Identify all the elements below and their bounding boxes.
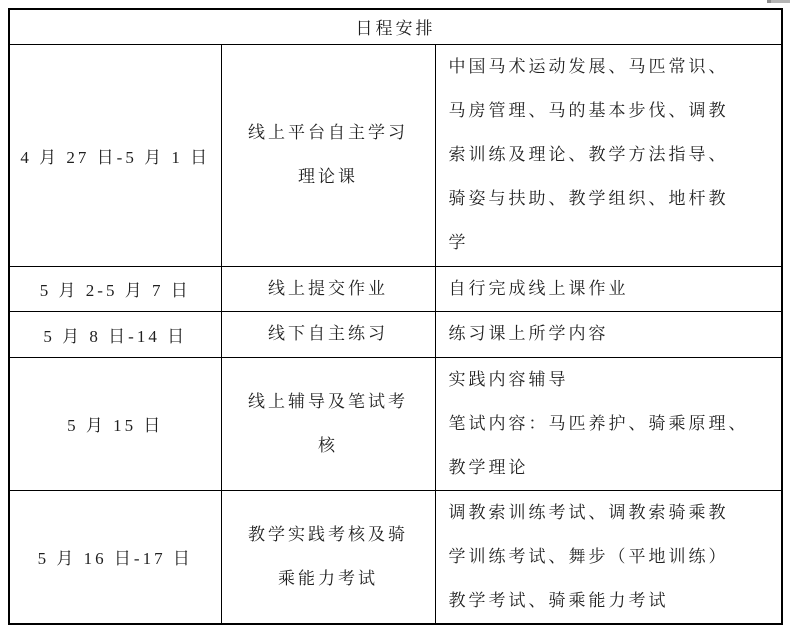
table-row: 5 月 15 日 线上辅导及笔试考 核 实践内容辅导 笔试内容：马匹养护、骑乘原… (9, 357, 782, 490)
activity-cell: 线上平台自主学习 理论课 (221, 44, 435, 266)
content-cell: 练习课上所学内容 (435, 311, 782, 357)
table-row: 4 月 27 日-5 月 1 日 线上平台自主学习 理论课 中国马术运动发展、马… (9, 44, 782, 266)
table-row: 5 月 2-5 月 7 日 线上提交作业 自行完成线上课作业 (9, 266, 782, 311)
date-cell: 4 月 27 日-5 月 1 日 (9, 44, 221, 266)
date-cell: 5 月 16 日-17 日 (9, 490, 221, 624)
schedule-table: 日程安排 4 月 27 日-5 月 1 日 线上平台自主学习 理论课 中国马术运… (8, 8, 783, 625)
activity-cell: 教学实践考核及骑 乘能力考试 (221, 490, 435, 624)
activity-cell: 线上提交作业 (221, 266, 435, 311)
document-page: 日程安排 4 月 27 日-5 月 1 日 线上平台自主学习 理论课 中国马术运… (0, 0, 790, 630)
date-cell: 5 月 8 日-14 日 (9, 311, 221, 357)
date-cell: 5 月 15 日 (9, 357, 221, 490)
table-title-row: 日程安排 (9, 9, 782, 44)
content-cell: 调教索训练考试、调教索骑乘教 学训练考试、舞步（平地训练） 教学考试、骑乘能力考… (435, 490, 782, 624)
table-row: 5 月 8 日-14 日 线下自主练习 练习课上所学内容 (9, 311, 782, 357)
content-cell: 自行完成线上课作业 (435, 266, 782, 311)
activity-cell: 线上辅导及笔试考 核 (221, 357, 435, 490)
date-cell: 5 月 2-5 月 7 日 (9, 266, 221, 311)
table-title: 日程安排 (9, 9, 782, 44)
scrollbar-fragment (767, 0, 790, 3)
content-cell: 实践内容辅导 笔试内容：马匹养护、骑乘原理、 教学理论 (435, 357, 782, 490)
content-cell: 中国马术运动发展、马匹常识、 马房管理、马的基本步伐、调教 索训练及理论、教学方… (435, 44, 782, 266)
activity-cell: 线下自主练习 (221, 311, 435, 357)
table-row: 5 月 16 日-17 日 教学实践考核及骑 乘能力考试 调教索训练考试、调教索… (9, 490, 782, 624)
